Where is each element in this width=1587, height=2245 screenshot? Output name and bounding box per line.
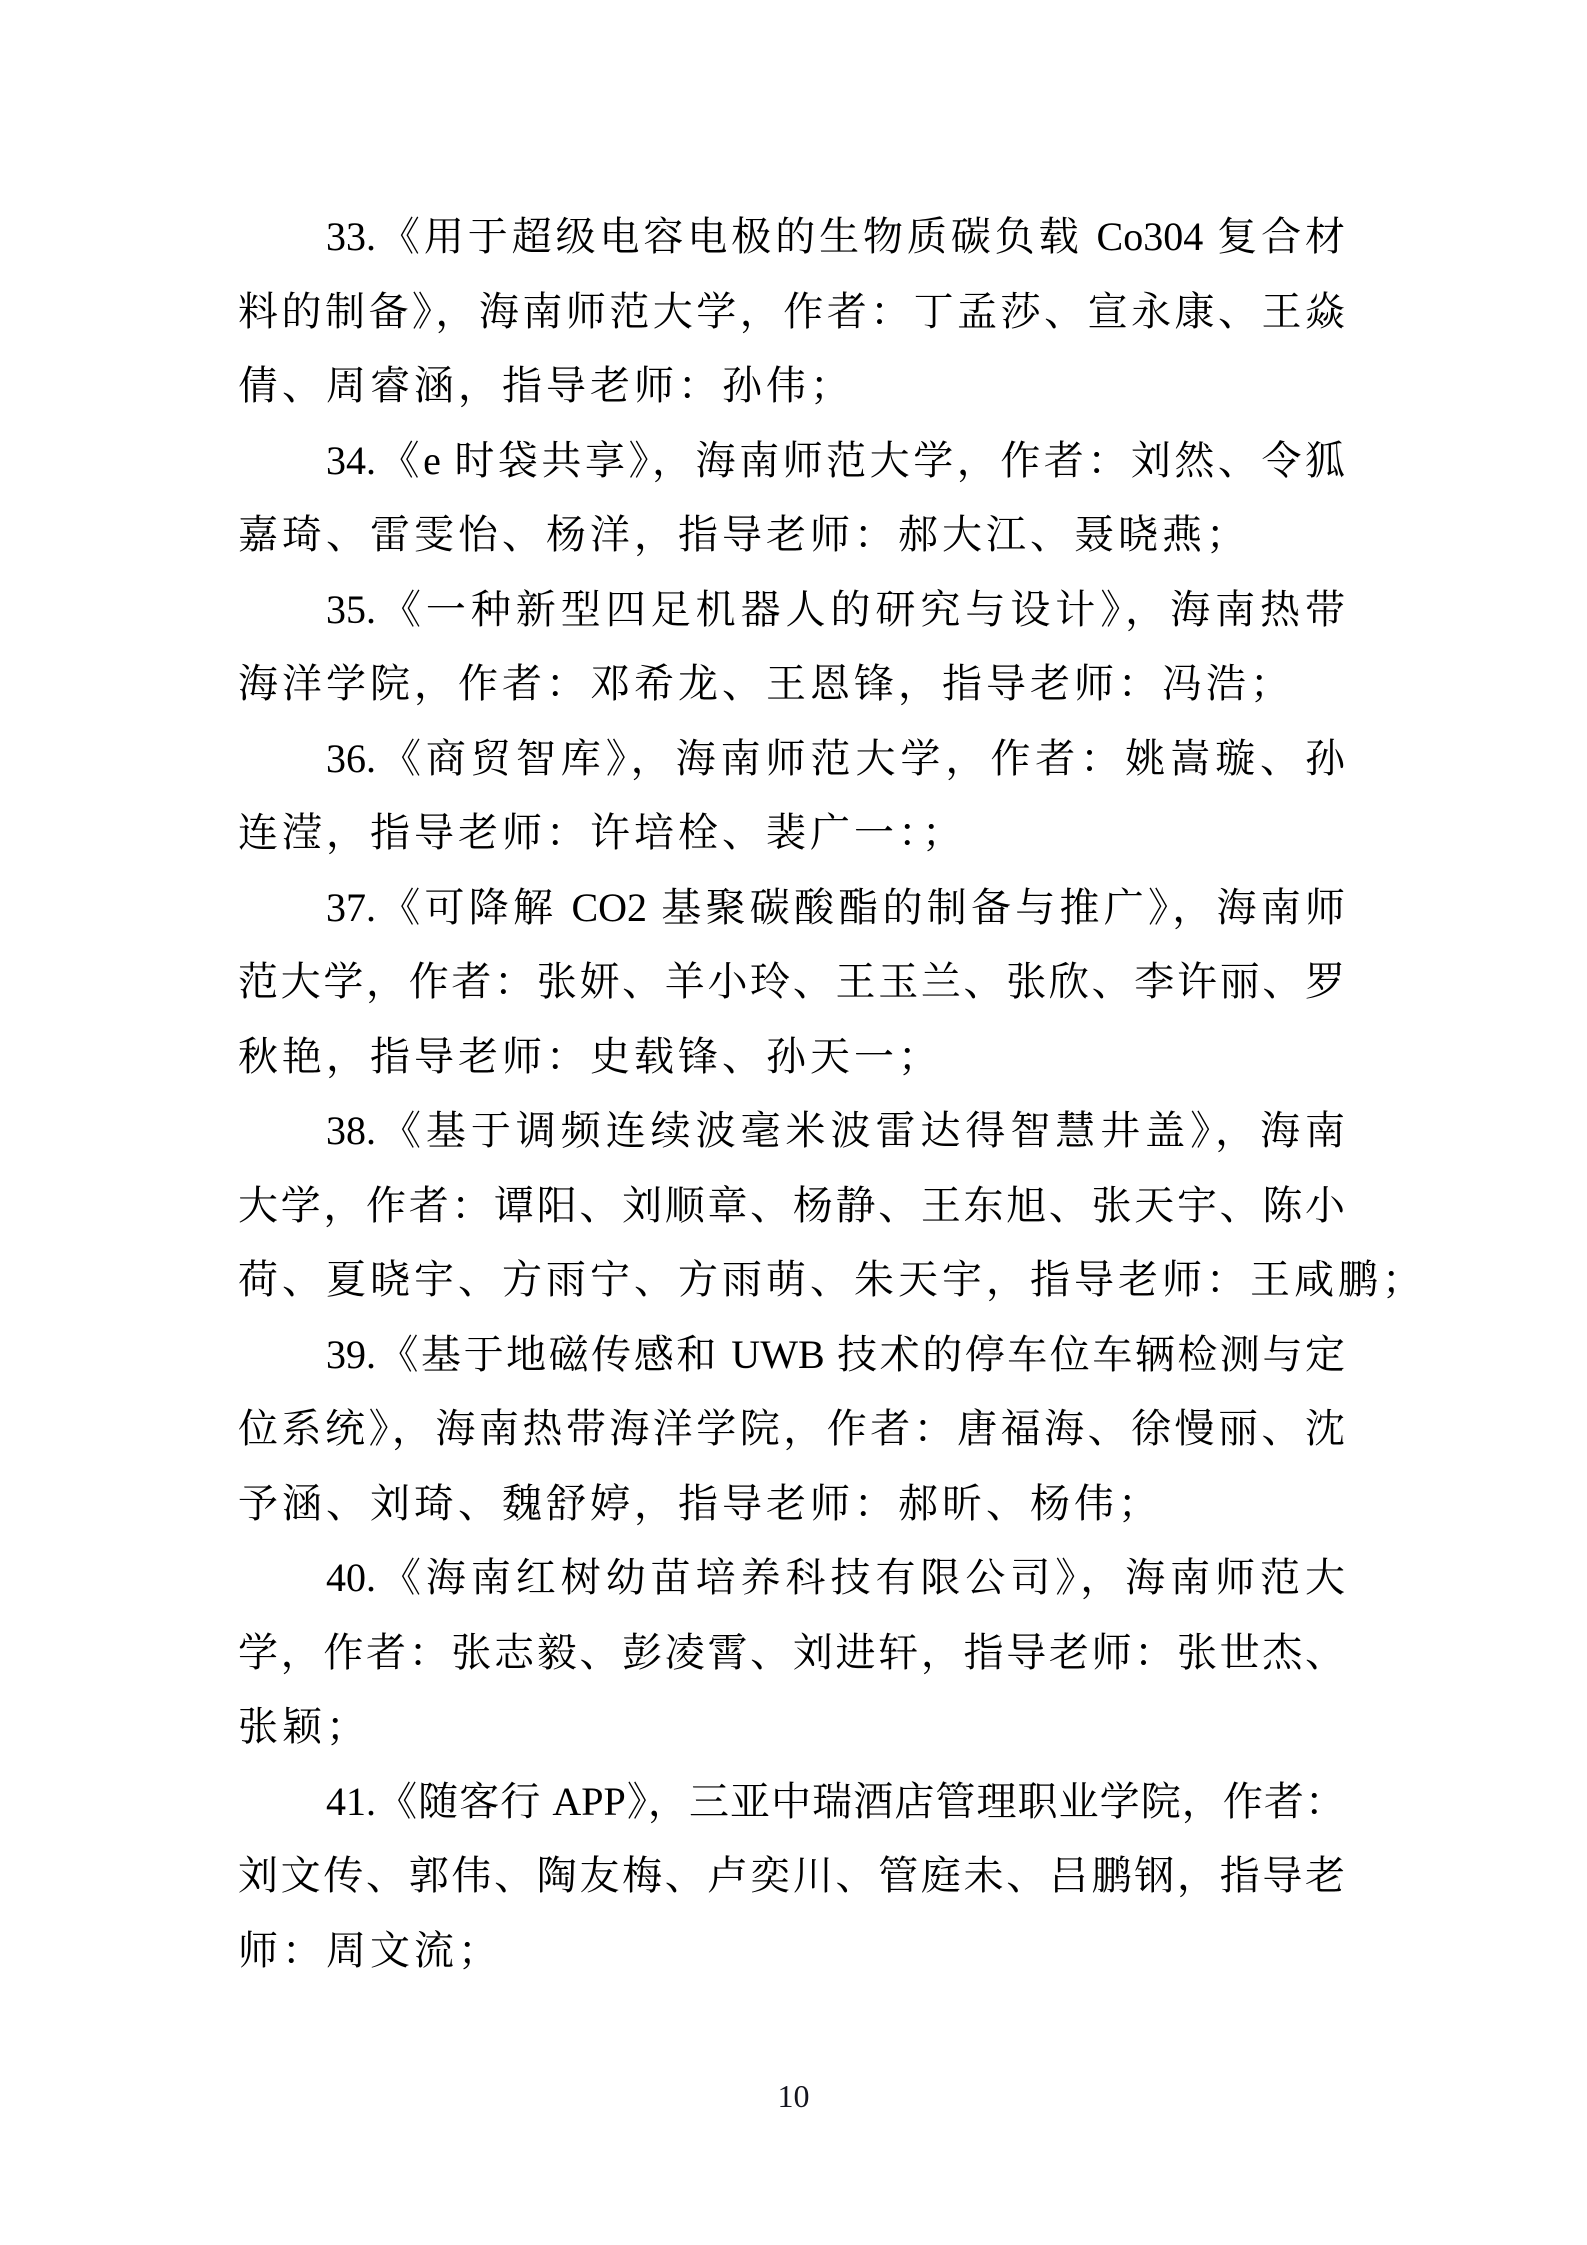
document-page: 33.《用于超级电容电极的生物质碳负载 Co304 复合材 料的制备》，海南师范… xyxy=(0,0,1587,2245)
entry-36: 36.《商贸智库》，海南师范大学，作者：姚嵩璇、孙 连滢，指导老师：许培栓、裴广… xyxy=(238,722,1345,871)
entry-34: 34.《e 时袋共享》，海南师范大学，作者：刘然、令狐 嘉琦、雷雯怡、杨洋，指导… xyxy=(238,424,1345,573)
text-block: 33.《用于超级电容电极的生物质碳负载 Co304 复合材 料的制备》，海南师范… xyxy=(238,200,1345,1988)
entry-line: 张颖； xyxy=(238,1690,1345,1765)
entry-line: 41.《随客行 APP》，三亚中瑞酒店管理职业学院，作者： xyxy=(238,1765,1345,1840)
entry-line: 38.《基于调频连续波毫米波雷达得智慧井盖》，海南 xyxy=(238,1094,1345,1169)
entry-line: 33.《用于超级电容电极的生物质碳负载 Co304 复合材 xyxy=(238,200,1345,275)
entry-line: 刘文传、郭伟、陶友梅、卢奕川、管庭未、吕鹏钢，指导老 xyxy=(238,1839,1345,1914)
entry-line: 40.《海南红树幼苗培养科技有限公司》，海南师范大 xyxy=(238,1541,1345,1616)
entry-41: 41.《随客行 APP》，三亚中瑞酒店管理职业学院，作者： 刘文传、郭伟、陶友梅… xyxy=(238,1765,1345,1989)
entry-line: 师：周文流； xyxy=(238,1914,1345,1989)
entry-line: 荷、夏晓宇、方雨宁、方雨萌、朱天宇，指导老师：王咸鹏； xyxy=(238,1243,1345,1318)
entry-line: 料的制备》，海南师范大学，作者：丁孟莎、宣永康、王焱 xyxy=(238,275,1345,350)
entry-38: 38.《基于调频连续波毫米波雷达得智慧井盖》，海南 大学，作者：谭阳、刘顺章、杨… xyxy=(238,1094,1345,1318)
entry-line: 秋艳，指导老师：史载锋、孙天一； xyxy=(238,1020,1345,1095)
entry-37: 37.《可降解 CO2 基聚碳酸酯的制备与推广》，海南师 范大学，作者：张妍、羊… xyxy=(238,871,1345,1095)
entry-33: 33.《用于超级电容电极的生物质碳负载 Co304 复合材 料的制备》，海南师范… xyxy=(238,200,1345,424)
entry-line: 连滢，指导老师：许培栓、裴广一：； xyxy=(238,796,1345,871)
entry-line: 倩、周睿涵，指导老师：孙伟； xyxy=(238,349,1345,424)
entry-line: 39.《基于地磁传感和 UWB 技术的停车位车辆检测与定 xyxy=(238,1318,1345,1393)
entry-40: 40.《海南红树幼苗培养科技有限公司》，海南师范大 学，作者：张志毅、彭凌霄、刘… xyxy=(238,1541,1345,1765)
entry-line: 35.《一种新型四足机器人的研究与设计》，海南热带 xyxy=(238,573,1345,648)
entry-35: 35.《一种新型四足机器人的研究与设计》，海南热带 海洋学院，作者：邓希龙、王恩… xyxy=(238,573,1345,722)
entry-line: 37.《可降解 CO2 基聚碳酸酯的制备与推广》，海南师 xyxy=(238,871,1345,946)
entry-line: 海洋学院，作者：邓希龙、王恩锋，指导老师：冯浩； xyxy=(238,647,1345,722)
entry-line: 34.《e 时袋共享》，海南师范大学，作者：刘然、令狐 xyxy=(238,424,1345,499)
entry-line: 36.《商贸智库》，海南师范大学，作者：姚嵩璇、孙 xyxy=(238,722,1345,797)
entry-line: 嘉琦、雷雯怡、杨洋，指导老师：郝大江、聂晓燕； xyxy=(238,498,1345,573)
entry-line: 大学，作者：谭阳、刘顺章、杨静、王东旭、张天宇、陈小 xyxy=(238,1169,1345,1244)
entry-line: 范大学，作者：张妍、羊小玲、王玉兰、张欣、李许丽、罗 xyxy=(238,945,1345,1020)
entry-line: 予涵、刘琦、魏舒婷，指导老师：郝昕、杨伟； xyxy=(238,1467,1345,1542)
page-number: 10 xyxy=(0,2078,1587,2114)
entry-line: 学，作者：张志毅、彭凌霄、刘进轩，指导老师：张世杰、 xyxy=(238,1616,1345,1691)
entry-line: 位系统》，海南热带海洋学院，作者：唐福海、徐慢丽、沈 xyxy=(238,1392,1345,1467)
entry-39: 39.《基于地磁传感和 UWB 技术的停车位车辆检测与定 位系统》，海南热带海洋… xyxy=(238,1318,1345,1542)
